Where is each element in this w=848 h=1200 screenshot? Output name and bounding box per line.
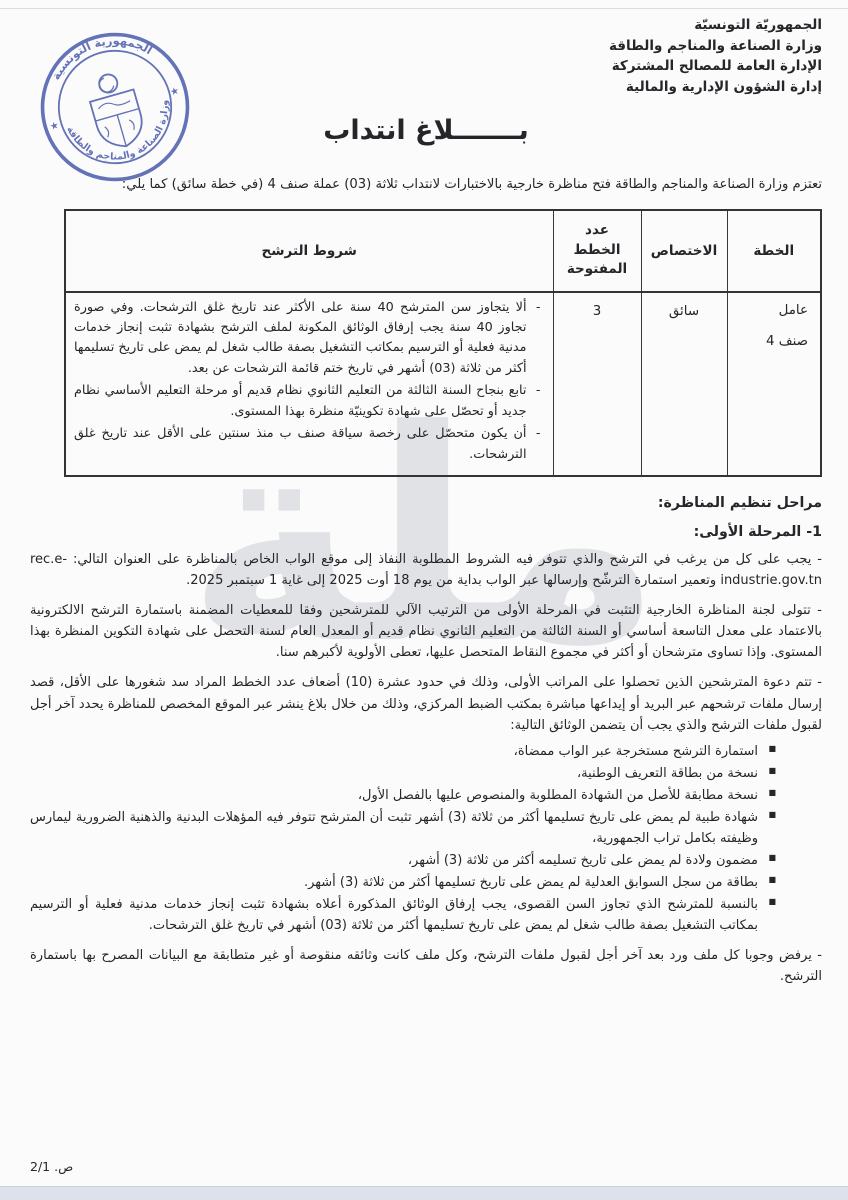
paragraph-web-registration: - يجب على كل من يرغب في الترشح والذي تتو… [30, 549, 822, 591]
document-item: استمارة الترشح مستخرجة عبر الواب ممضاة، [30, 741, 776, 762]
paragraph-ranking: - تتولى لجنة المناظرة الخارجية التثبت في… [30, 600, 822, 663]
table-row: عامل صنف 4 سائق 3 ألا يتجاوز سن المترشح … [65, 292, 821, 477]
document-item: نسخة من بطاقة التعريف الوطنية، [30, 763, 776, 784]
coat-of-arms-icon [84, 69, 148, 153]
column-header-conditions: شروط الترشح [65, 210, 553, 292]
positions-count-cell: 3 [553, 292, 641, 477]
condition-item: أن يكون متحصّل على رخصة سياقة صنف ب منذ … [74, 424, 544, 465]
page-number: ص. 2/1 [30, 1159, 73, 1174]
document-item: شهادة طبية لم يمض على تاريخ تسليمها أكثر… [30, 807, 776, 849]
column-header-open-positions: عدد الخطط المفتوحة [553, 210, 641, 292]
table-header-row: الخطة الاختصاص عدد الخطط المفتوحة شروط ا… [65, 210, 821, 292]
final-paragraph-rejection: - يرفض وجوبا كل ملف ورد بعد آخر أجل لقبو… [30, 945, 822, 987]
conditions-cell: ألا يتجاوز سن المترشح 40 سنة على الأكثر … [65, 292, 553, 477]
condition-item: ألا يتجاوز سن المترشح 40 سنة على الأكثر … [74, 298, 544, 380]
recruitment-table: الخطة الاختصاص عدد الخطط المفتوحة شروط ا… [64, 209, 822, 478]
document-item: بطاقة من سجل السوابق العدلية لم يمض على … [30, 872, 776, 893]
scanned-document-page: ملة الجمهورية التونسية وزارة الصناعة وال… [0, 0, 848, 1200]
plan-cell: عامل صنف 4 [727, 292, 821, 477]
conditions-list: ألا يتجاوز سن المترشح 40 سنة على الأكثر … [74, 298, 544, 466]
plan-grade: صنف 4 [740, 334, 809, 349]
specialty-cell: سائق [641, 292, 727, 477]
column-header-specialty: الاختصاص [641, 210, 727, 292]
document-item: مضمون ولادة لم يمض على تاريخ تسليمه أكثر… [30, 850, 776, 871]
scan-bottom-edge [0, 1186, 848, 1200]
star-icon: ★ [49, 120, 61, 133]
condition-item: تابع بنجاح السنة الثالثة من التعليم الثا… [74, 381, 544, 422]
paragraph-invitation: - تتم دعوة المترشحين الذين تحصلوا على ال… [30, 672, 822, 735]
column-header-plan: الخطة [727, 210, 821, 292]
stages-heading: مراحل تنظيم المناظرة: [30, 495, 822, 511]
document-item: نسخة مطابقة للأصل من الشهادة المطلوبة وا… [30, 785, 776, 806]
stage1-heading: 1- المرحلة الأولى: [30, 524, 822, 540]
plan-title: عامل [740, 303, 809, 318]
document-item: بالنسبة للمترشح الذي تجاوز السن القصوى، … [30, 894, 776, 936]
required-documents-list: استمارة الترشح مستخرجة عبر الواب ممضاة، … [30, 741, 822, 936]
star-icon: ★ [169, 85, 181, 98]
